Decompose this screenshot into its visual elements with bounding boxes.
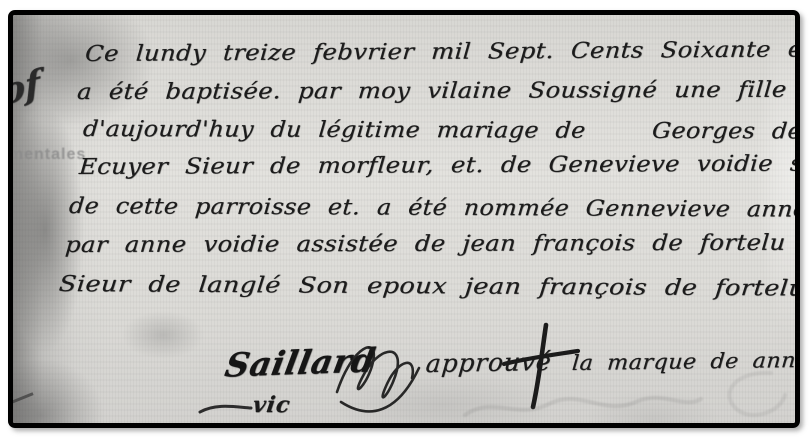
cross-mark-icon — [500, 320, 582, 412]
manuscript-page: ementales of Ce lundy treize febvrier mi… — [13, 15, 795, 423]
margin-ink-fragment: of — [8, 62, 41, 114]
archive-watermark: ementales — [8, 146, 86, 164]
signature-flourish-icon — [331, 330, 431, 422]
manuscript-line-3: d'aujourd'huy du légitime mariage de Geo… — [82, 117, 800, 145]
manuscript-line-7: Sieur de langlé Son epoux jean françois … — [58, 272, 800, 301]
signature-title: vic — [251, 392, 292, 418]
manuscript-line-5: de cette parroisse et. a été nommée Genn… — [68, 194, 800, 223]
manuscript-line-1: Ce lundy treize febvrier mil Sept. Cents… — [84, 37, 800, 67]
ink-bleedthrough-ghost — [701, 367, 791, 423]
scanned-document: ementales of Ce lundy treize febvrier mi… — [8, 10, 800, 428]
ink-bleedthrough-ghost — [463, 387, 703, 428]
manuscript-line-2: a été baptisée. par moy vilaine Soussign… — [76, 78, 800, 105]
manuscript-line-6: par anne voidie assistée de jean françoi… — [64, 230, 800, 258]
screenshot-stage: ementales of Ce lundy treize febvrier mi… — [0, 0, 812, 441]
signature-underline-icon — [198, 399, 254, 417]
manuscript-line-4: Ecuyer Sieur de morfleur, et. de Genevie… — [78, 151, 800, 180]
margin-stray-stroke — [8, 392, 33, 405]
mark-caption: la marque de anne vodie — [571, 347, 800, 375]
